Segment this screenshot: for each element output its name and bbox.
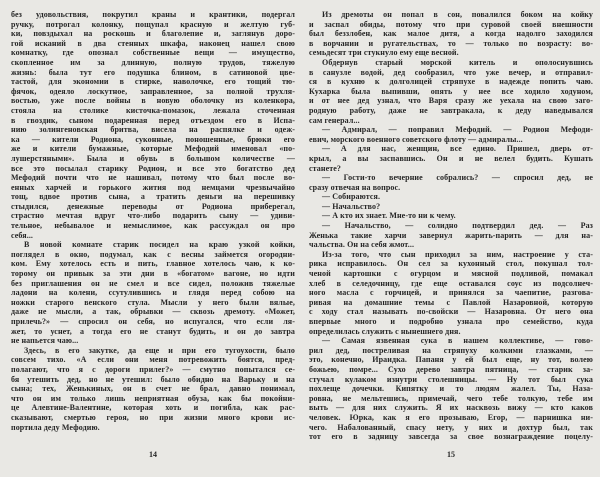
text-line: — Самая язвенная сука в нашем коллективе… bbox=[309, 336, 593, 346]
text-line: крыл, а вы заспавшись. Он и не велел буд… bbox=[309, 154, 593, 164]
text-line: комнатку, где опознал собственные вещи —… bbox=[11, 48, 295, 58]
text-line: человек. Юрка, как я его прозываю, Егор,… bbox=[309, 413, 593, 423]
text-line: востью, уже после войны в новую оболочку… bbox=[11, 96, 295, 106]
text-line: тощ, вдвое против сына, а тратить деньги… bbox=[11, 192, 295, 202]
text-line: стыдился, денежные переводы от Родиона п… bbox=[11, 202, 295, 212]
text-line: ки, повздыхал на роскошь и благолепие и,… bbox=[11, 29, 295, 39]
text-line: ком. Ему хотелось есть и пить, главное х… bbox=[11, 259, 295, 269]
text-line: нию золингеновская бритва, висела на рас… bbox=[11, 125, 295, 135]
text-line: семьдесят три стукнуло ему еще весной. bbox=[309, 48, 593, 58]
text-line: фячок, одеяло лоскутное, заправленное, з… bbox=[11, 87, 295, 97]
text-line: рил дед, постреливая на стряпуху колкими… bbox=[309, 346, 593, 356]
text-line: чего. Набалованный, спасу нету, у них и … bbox=[309, 423, 593, 433]
text-line: — А для нас, женщин, все едино. Пришел, … bbox=[309, 144, 593, 154]
text-line: тастой, для экономии в стирке, наволочке… bbox=[11, 77, 295, 87]
text-line: Из дремоты он попал в сон, повалился бок… bbox=[309, 10, 593, 20]
text-line: выть — для них служить. Я их насквозь ви… bbox=[309, 403, 593, 413]
text-line: и от нее дед узнал, что Варя сразу же уе… bbox=[309, 96, 593, 106]
text-line: енных харчей и горького жития под немцам… bbox=[11, 183, 295, 193]
text-line: ножки старого венского стула. Мысли у не… bbox=[11, 298, 295, 308]
text-line: жет, то уснет, а тогда его не станут буд… bbox=[11, 327, 295, 337]
text-line: чальства. Он на себя жмот... bbox=[309, 240, 593, 250]
text-line: и заспал обиды, потому что при суровой с… bbox=[309, 20, 593, 30]
text-line: в ворчании и ругательствах, то — только … bbox=[309, 39, 593, 49]
page-left: без удовольствия, покрутил краны и крант… bbox=[11, 10, 295, 470]
page-lines: Из дремоты он попал в сон, повалился бок… bbox=[309, 10, 593, 442]
text-line: сам генерал... bbox=[309, 116, 593, 126]
text-line: прилечь?» — спросил он себя, но испугалс… bbox=[11, 317, 295, 327]
text-line: это, конечно, Ираидка. Папаня у ей был е… bbox=[309, 355, 593, 365]
text-line: портила деду Мефодию. bbox=[11, 423, 295, 433]
page-number-right: 15 bbox=[309, 450, 593, 459]
text-line: похлеще дочечки. Кипятку и то людям жале… bbox=[309, 384, 593, 394]
text-line: станете? bbox=[309, 164, 593, 174]
text-line: В новой комнате старик посидел на краю у… bbox=[11, 240, 295, 250]
text-line: впервые много и подробно узнала про семе… bbox=[309, 317, 593, 327]
text-line: определилась служить с нынешнего дня. bbox=[309, 327, 593, 337]
text-line: родную работу, даже не завтракала, к дед… bbox=[309, 106, 593, 116]
text-line: страстно мечтая вдруг что-либо подарить … bbox=[11, 211, 295, 221]
text-line: в санузле водой, дед сообразил, что уже … bbox=[309, 68, 593, 78]
text-line: ручку, потрогал колонку, пощупал красную… bbox=[11, 20, 295, 30]
text-line: ладони на колени, ссутулившись и глядя п… bbox=[11, 288, 295, 298]
text-line: — А кто их знает. Мне-то ни к чему. bbox=[309, 211, 593, 221]
text-line: — Собираются. bbox=[309, 192, 593, 202]
text-line: — Начальство? bbox=[309, 202, 593, 212]
text-line: ривая на домашние темы с Павлой Назаровн… bbox=[309, 298, 593, 308]
text-line: хлеб в селедочницу, где еще оставался со… bbox=[309, 279, 593, 289]
text-line: все это посылал старику Родион, и все эт… bbox=[11, 164, 295, 174]
text-line: ся в кухню к долголицей стряпухе в надеж… bbox=[309, 77, 593, 87]
text-line: — Гости-то вечерние собрались? — спросил… bbox=[309, 173, 593, 183]
text-line: сразу отвечая на вопрос. bbox=[309, 183, 593, 193]
page-lines: без удовольствия, покрутил краны и крант… bbox=[11, 10, 295, 432]
page-right: Из дремоты он попал в сон, повалился бок… bbox=[309, 10, 593, 470]
text-line: жизнь: была тут его подушка блином, в са… bbox=[11, 68, 295, 78]
text-line: це Алевтине-Валентине, которая хоть и по… bbox=[11, 403, 295, 413]
text-line: Женька такие харчи завернул жарить-парит… bbox=[309, 231, 593, 241]
text-line: ка — кители Родиона, суконные, поношенны… bbox=[11, 135, 295, 145]
text-line: даже не мысли, а так, обрывки — сквозь д… bbox=[11, 307, 295, 317]
text-line: тот его в задницу завсегда за свое возна… bbox=[309, 432, 593, 442]
text-line: без удовольствия, покрутил краны и крант… bbox=[11, 10, 295, 20]
text-line: Кухарка была выпивши, опять у нее все хо… bbox=[309, 87, 593, 97]
text-line: рика исправилось. Он сел за кухонный сто… bbox=[309, 259, 593, 269]
text-line: божьею, помре... Сухо дерево завтра пятн… bbox=[309, 365, 593, 375]
book-spread: без удовольствия, покрутил краны и крант… bbox=[0, 0, 600, 477]
text-line: бя утешить дед, но не утешил: было обидн… bbox=[11, 375, 295, 385]
page-number-left: 14 bbox=[11, 450, 295, 459]
text-line: поглядел в окно, подумал, как с весны за… bbox=[11, 250, 295, 260]
text-line: Обдернув старый морской китель и ополосн… bbox=[309, 58, 593, 68]
text-line: евич, морского военного советского флоту… bbox=[309, 135, 593, 145]
text-line: что он им только лишь неприятная обуза, … bbox=[11, 394, 295, 404]
text-line: ченой картошки с огурцом и мясной подлив… bbox=[309, 269, 593, 279]
text-line: гой исканий в два стенных шкафа, наконец… bbox=[11, 39, 295, 49]
text-line: ного масла с горчицей, и принялся за чае… bbox=[309, 288, 593, 298]
text-line: не напьется чаю... bbox=[11, 336, 295, 346]
text-line: — Адмирал, — поправил Мефодий. — Родион … bbox=[309, 125, 593, 135]
text-line: себя... bbox=[11, 231, 295, 241]
text-line: в гвоздик, сыном подаренная перед отъезд… bbox=[11, 116, 295, 126]
text-line: с ходу стал называть по-свойски — Назаро… bbox=[309, 307, 593, 317]
text-line: полагают, что я с дороги прилег?» — смут… bbox=[11, 365, 295, 375]
text-line: ровна, не мельтешись, примечай, чего теб… bbox=[309, 394, 593, 404]
text-line: стучал кулаком изнутри столешницы. — Ну … bbox=[309, 375, 593, 385]
text-line: сына; тех, Женькиных, он в счет не брал,… bbox=[11, 384, 295, 394]
text-line: лушерстяными». Была и обувь в большом ко… bbox=[11, 154, 295, 164]
text-line: Мефодий почти что не нашивал, потому что… bbox=[11, 173, 295, 183]
text-line: Здесь, в его закутке, да еще и при его т… bbox=[11, 346, 295, 356]
text-line: сказывают, смертью героя, но при жизни м… bbox=[11, 413, 295, 423]
text-line: совсем тихо. «А если они меня потревожит… bbox=[11, 355, 295, 365]
text-line: — Начальство, — солидно подтвердил дед. … bbox=[309, 221, 593, 231]
text-line: же и кители бумажные, которые Мефодий им… bbox=[11, 144, 295, 154]
text-line: без приглашения он не смел и все сидел, … bbox=[11, 279, 295, 289]
text-line: Из-за того, что сын приходил за ним, нас… bbox=[309, 250, 593, 260]
text-line: торому он привык за эти дни в «богатом» … bbox=[11, 269, 295, 279]
text-line: стояла на столике кисточка-помазок, лежа… bbox=[11, 106, 295, 116]
text-line: был беззлобен, как малое дитя, а когда н… bbox=[309, 29, 593, 39]
text-line: тельное, небывалое и немыслимое, как рас… bbox=[11, 221, 295, 231]
text-line: скопленное им за длинную, полную трудов,… bbox=[11, 58, 295, 68]
